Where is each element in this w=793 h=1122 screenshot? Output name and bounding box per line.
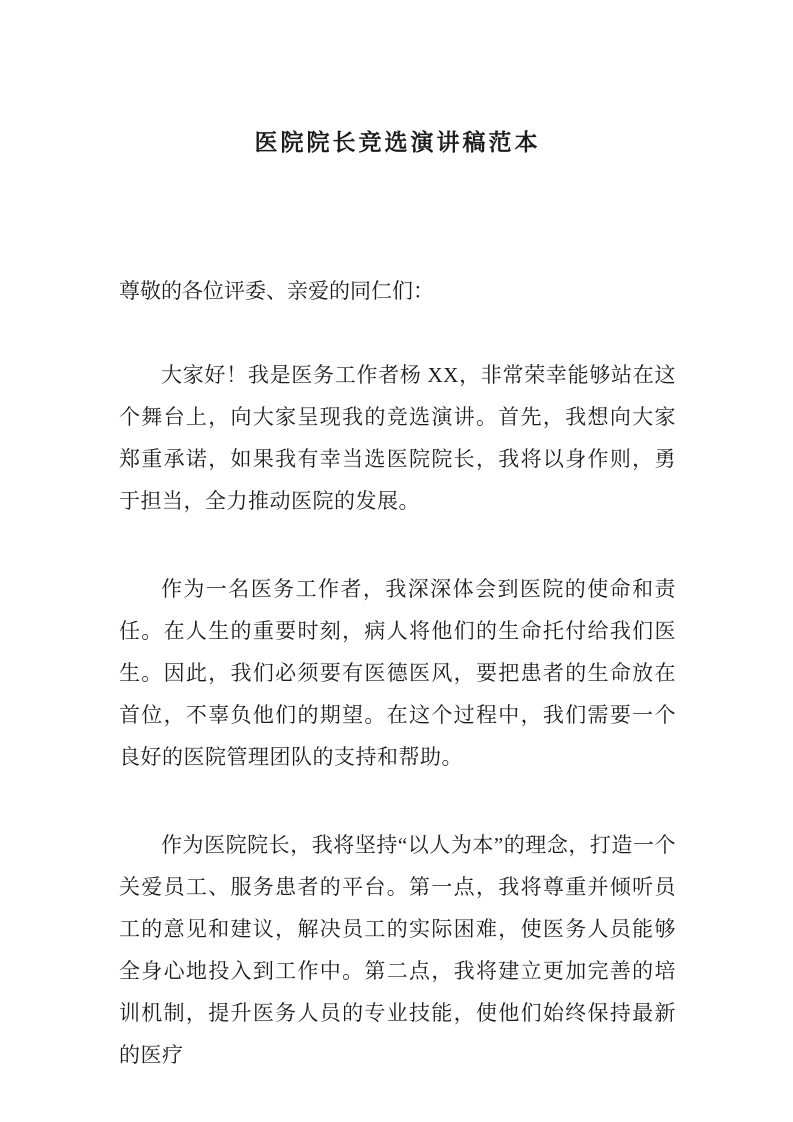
document-page: 医院院长竞选演讲稿范本 尊敬的各位评委、亲爱的同仁们： 大家好！我是医务工作者杨… [0,0,793,1122]
body-paragraph-3: 作为医院院长，我将坚持“以人为本”的理念，打造一个关爱员工、服务患者的平台。第一… [119,824,676,1076]
salutation-line: 尊敬的各位评委、亲爱的同仁们： [119,270,676,312]
body-paragraph-2: 作为一名医务工作者，我深深体会到医院的使命和责任。在人生的重要时刻，病人将他们的… [119,568,676,778]
document-title: 医院院长竞选演讲稿范本 [119,122,676,164]
body-paragraph-1: 大家好！我是医务工作者杨 XX，非常荣幸能够站在这个舞台上，向大家呈现我的竞选演… [119,354,676,522]
